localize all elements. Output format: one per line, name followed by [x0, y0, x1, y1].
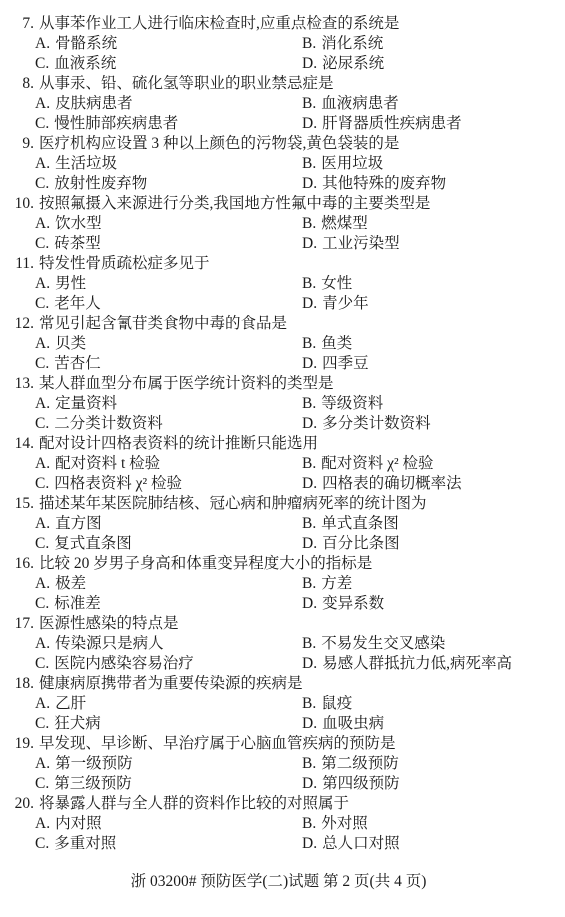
question-block: 16. 比较 20 岁男子身高和体重变异程度大小的指标是 A.极差 B.方差 C… — [0, 554, 557, 614]
question-number: 11. — [0, 254, 34, 274]
option-c-label: C. — [35, 115, 49, 132]
option-b-text: 配对资料 χ² 检验 — [321, 455, 433, 472]
question-block: 12. 常见引起含氰苷类食物中毒的食品是 A.贝类 B.鱼类 C.苦杏仁 D.四… — [0, 314, 557, 374]
option-grid: A.定量资料 B.等级资料 C.二分类计数资料 D.多分类计数资料 — [35, 394, 557, 434]
option-d-label: D. — [302, 355, 317, 372]
question-text: 早发现、早诊断、早治疗属于心脑血管疾病的预防是 — [39, 734, 396, 754]
option-b-label: B. — [302, 515, 316, 532]
option-d-label: D. — [302, 835, 317, 852]
option-a: A.定量资料 — [35, 394, 302, 414]
option-d: D.多分类计数资料 — [302, 414, 557, 434]
option-a-label: A. — [35, 575, 50, 592]
option-c-label: C. — [35, 295, 49, 312]
option-d-text: 四季豆 — [322, 355, 369, 372]
option-b-text: 第二级预防 — [321, 755, 399, 772]
option-b-label: B. — [302, 815, 316, 832]
option-a-label: A. — [35, 455, 50, 472]
option-grid: A.配对资料 t 检验 B.配对资料 χ² 检验 C.四格表资料 χ² 检验 D… — [35, 454, 557, 494]
option-a-label: A. — [35, 395, 50, 412]
option-d-text: 多分类计数资料 — [322, 415, 431, 432]
option-d: D.青少年 — [302, 294, 557, 314]
question-block: 18. 健康病原携带者为重要传染源的疾病是 A.乙肝 B.鼠疫 C.狂犬病 D.… — [0, 674, 557, 734]
option-c: C.血液系统 — [35, 54, 302, 74]
option-d-text: 肝肾器质性疾病患者 — [322, 115, 462, 132]
option-a: A.饮水型 — [35, 214, 302, 234]
question-number: 7. — [0, 14, 34, 34]
option-b: B.女性 — [302, 274, 557, 294]
option-a-label: A. — [35, 695, 50, 712]
option-b: B.血液病患者 — [302, 94, 557, 114]
option-b-text: 燃煤型 — [321, 215, 368, 232]
option-d: D.易感人群抵抗力低,病死率高 — [302, 654, 557, 674]
option-a-text: 传染源只是病人 — [55, 635, 164, 652]
option-a-label: A. — [35, 215, 50, 232]
question-text: 描述某年某医院肺结核、冠心病和肿瘤病死率的统计图为 — [39, 494, 427, 514]
option-d-label: D. — [302, 175, 317, 192]
option-d-text: 青少年 — [322, 295, 369, 312]
option-grid: A.极差 B.方差 C.标准差 D.变异系数 — [35, 574, 557, 614]
question-line: 12. 常见引起含氰苷类食物中毒的食品是 — [0, 314, 557, 334]
option-d-label: D. — [302, 115, 317, 132]
option-b: B.等级资料 — [302, 394, 557, 414]
option-c-label: C. — [35, 835, 49, 852]
question-block: 7. 从事苯作业工人进行临床检查时,应重点检查的系统是 A.骨骼系统 B.消化系… — [0, 14, 557, 74]
option-b-label: B. — [302, 395, 316, 412]
question-line: 9. 医疗机构应设置 3 种以上颜色的污物袋,黄色袋装的是 — [0, 134, 557, 154]
question-block: 19. 早发现、早诊断、早治疗属于心脑血管疾病的预防是 A.第一级预防 B.第二… — [0, 734, 557, 794]
option-c-text: 标准差 — [54, 595, 101, 612]
option-c: C.复式直条图 — [35, 534, 302, 554]
option-grid: A.贝类 B.鱼类 C.苦杏仁 D.四季豆 — [35, 334, 557, 374]
option-b-text: 不易发生交叉感染 — [321, 635, 445, 652]
option-b-text: 医用垃圾 — [321, 155, 383, 172]
option-c: C.医院内感染容易治疗 — [35, 654, 302, 674]
option-a-label: A. — [35, 635, 50, 652]
option-b-label: B. — [302, 215, 316, 232]
option-a-label: A. — [35, 95, 50, 112]
option-a-text: 直方图 — [55, 515, 102, 532]
option-c-text: 慢性肺部疾病患者 — [54, 115, 178, 132]
option-a-label: A. — [35, 515, 50, 532]
question-text: 医源性感染的特点是 — [39, 614, 179, 634]
option-a-text: 生活垃圾 — [55, 155, 117, 172]
option-d-label: D. — [302, 775, 317, 792]
option-b-text: 女性 — [321, 275, 352, 292]
option-a-label: A. — [35, 155, 50, 172]
question-number: 17. — [0, 614, 34, 634]
question-line: 15. 描述某年某医院肺结核、冠心病和肿瘤病死率的统计图为 — [0, 494, 557, 514]
question-number: 14. — [0, 434, 34, 454]
option-grid: A.男性 B.女性 C.老年人 D.青少年 — [35, 274, 557, 314]
option-b-text: 方差 — [321, 575, 352, 592]
option-a: A.直方图 — [35, 514, 302, 534]
option-a: A.传染源只是病人 — [35, 634, 302, 654]
option-c-label: C. — [35, 655, 49, 672]
option-d: D.其他特殊的废弃物 — [302, 174, 557, 194]
option-d-text: 百分比条图 — [322, 535, 400, 552]
option-c: C.苦杏仁 — [35, 354, 302, 374]
option-d-text: 工业污染型 — [322, 235, 400, 252]
option-c-text: 血液系统 — [54, 55, 116, 72]
option-a: A.生活垃圾 — [35, 154, 302, 174]
question-number: 13. — [0, 374, 34, 394]
option-grid: A.饮水型 B.燃煤型 C.砖茶型 D.工业污染型 — [35, 214, 557, 254]
question-line: 14. 配对设计四格表资料的统计推断只能选用 — [0, 434, 557, 454]
option-d: D.四季豆 — [302, 354, 557, 374]
option-c-label: C. — [35, 235, 49, 252]
option-c: C.第三级预防 — [35, 774, 302, 794]
option-a: A.皮肤病患者 — [35, 94, 302, 114]
option-d-text: 总人口对照 — [322, 835, 400, 852]
question-text: 某人群血型分布属于医学统计资料的类型是 — [39, 374, 334, 394]
page-footer: 浙 03200# 预防医学(二)试题 第 2 页(共 4 页) — [0, 872, 557, 892]
option-d-text: 易感人群抵抗力低,病死率高 — [322, 655, 512, 672]
option-c-label: C. — [35, 475, 49, 492]
option-c-label: C. — [35, 595, 49, 612]
question-block: 9. 医疗机构应设置 3 种以上颜色的污物袋,黄色袋装的是 A.生活垃圾 B.医… — [0, 134, 557, 194]
option-d-text: 血吸虫病 — [322, 715, 384, 732]
question-line: 13. 某人群血型分布属于医学统计资料的类型是 — [0, 374, 557, 394]
question-text: 常见引起含氰苷类食物中毒的食品是 — [39, 314, 287, 334]
option-c-text: 狂犬病 — [54, 715, 101, 732]
question-block: 17. 医源性感染的特点是 A.传染源只是病人 B.不易发生交叉感染 C.医院内… — [0, 614, 557, 674]
question-block: 20. 将暴露人群与全人群的资料作比较的对照属于 A.内对照 B.外对照 C.多… — [0, 794, 557, 854]
question-line: 7. 从事苯作业工人进行临床检查时,应重点检查的系统是 — [0, 14, 557, 34]
question-text: 从事苯作业工人进行临床检查时,应重点检查的系统是 — [39, 14, 399, 34]
option-b: B.医用垃圾 — [302, 154, 557, 174]
option-a-text: 配对资料 t 检验 — [55, 455, 160, 472]
option-d-label: D. — [302, 655, 317, 672]
option-b-text: 外对照 — [321, 815, 368, 832]
question-text: 健康病原携带者为重要传染源的疾病是 — [39, 674, 303, 694]
option-c-label: C. — [35, 175, 49, 192]
option-b-text: 鱼类 — [321, 335, 352, 352]
option-d: D.工业污染型 — [302, 234, 557, 254]
question-text: 配对设计四格表资料的统计推断只能选用 — [39, 434, 318, 454]
option-b-label: B. — [302, 275, 316, 292]
option-d-text: 其他特殊的废弃物 — [322, 175, 446, 192]
option-a-text: 第一级预防 — [55, 755, 133, 772]
question-block: 8. 从事汞、铅、硫化氢等职业的职业禁忌症是 A.皮肤病患者 B.血液病患者 C… — [0, 74, 557, 134]
option-d-label: D. — [302, 415, 317, 432]
question-number: 8. — [0, 74, 34, 94]
option-b-text: 等级资料 — [321, 395, 383, 412]
question-number: 15. — [0, 494, 34, 514]
option-b-label: B. — [302, 155, 316, 172]
option-b-label: B. — [302, 635, 316, 652]
question-line: 10. 按照氟摄入来源进行分类,我国地方性氟中毒的主要类型是 — [0, 194, 557, 214]
option-d-text: 四格表的确切概率法 — [322, 475, 462, 492]
option-a-label: A. — [35, 35, 50, 52]
option-a-text: 男性 — [55, 275, 86, 292]
question-line: 17. 医源性感染的特点是 — [0, 614, 557, 634]
option-a: A.第一级预防 — [35, 754, 302, 774]
option-grid: A.第一级预防 B.第二级预防 C.第三级预防 D.第四级预防 — [35, 754, 557, 794]
option-grid: A.乙肝 B.鼠疫 C.狂犬病 D.血吸虫病 — [35, 694, 557, 734]
option-a-label: A. — [35, 275, 50, 292]
question-text: 比较 20 岁男子身高和体重变异程度大小的指标是 — [39, 554, 372, 574]
option-a-text: 极差 — [55, 575, 86, 592]
option-c: C.狂犬病 — [35, 714, 302, 734]
question-number: 16. — [0, 554, 34, 574]
option-d-text: 变异系数 — [322, 595, 384, 612]
option-c: C.四格表资料 χ² 检验 — [35, 474, 302, 494]
option-c: C.砖茶型 — [35, 234, 302, 254]
option-b-text: 单式直条图 — [321, 515, 399, 532]
question-text: 医疗机构应设置 3 种以上颜色的污物袋,黄色袋装的是 — [39, 134, 399, 154]
option-c-label: C. — [35, 415, 49, 432]
option-a-text: 皮肤病患者 — [55, 95, 133, 112]
question-line: 11. 特发性骨质疏松症多见于 — [0, 254, 557, 274]
question-line: 16. 比较 20 岁男子身高和体重变异程度大小的指标是 — [0, 554, 557, 574]
option-b: B.燃煤型 — [302, 214, 557, 234]
option-b-text: 血液病患者 — [321, 95, 399, 112]
option-d-label: D. — [302, 475, 317, 492]
option-b-label: B. — [302, 455, 316, 472]
option-d-text: 泌尿系统 — [322, 55, 384, 72]
option-a-text: 贝类 — [55, 335, 86, 352]
question-block: 11. 特发性骨质疏松症多见于 A.男性 B.女性 C.老年人 D.青少年 — [0, 254, 557, 314]
option-d: D.泌尿系统 — [302, 54, 557, 74]
option-c-text: 二分类计数资料 — [54, 415, 163, 432]
option-a: A.男性 — [35, 274, 302, 294]
question-line: 19. 早发现、早诊断、早治疗属于心脑血管疾病的预防是 — [0, 734, 557, 754]
option-b: B.第二级预防 — [302, 754, 557, 774]
question-number: 12. — [0, 314, 34, 334]
option-grid: A.骨骼系统 B.消化系统 C.血液系统 D.泌尿系统 — [35, 34, 557, 74]
option-b-label: B. — [302, 755, 316, 772]
option-b: B.不易发生交叉感染 — [302, 634, 557, 654]
option-a: A.极差 — [35, 574, 302, 594]
option-a-text: 骨骼系统 — [55, 35, 117, 52]
option-b: B.消化系统 — [302, 34, 557, 54]
question-number: 19. — [0, 734, 34, 754]
option-d-label: D. — [302, 535, 317, 552]
question-line: 20. 将暴露人群与全人群的资料作比较的对照属于 — [0, 794, 557, 814]
option-c: C.老年人 — [35, 294, 302, 314]
option-c: C.多重对照 — [35, 834, 302, 854]
option-c-label: C. — [35, 355, 49, 372]
question-text: 将暴露人群与全人群的资料作比较的对照属于 — [39, 794, 349, 814]
option-a-text: 饮水型 — [55, 215, 102, 232]
question-text: 从事汞、铅、硫化氢等职业的职业禁忌症是 — [39, 74, 334, 94]
option-c: C.二分类计数资料 — [35, 414, 302, 434]
option-c-text: 四格表资料 χ² 检验 — [54, 475, 182, 492]
option-c-text: 医院内感染容易治疗 — [54, 655, 194, 672]
option-c-text: 老年人 — [54, 295, 101, 312]
option-b: B.鱼类 — [302, 334, 557, 354]
question-block: 14. 配对设计四格表资料的统计推断只能选用 A.配对资料 t 检验 B.配对资… — [0, 434, 557, 494]
option-d-label: D. — [302, 55, 317, 72]
option-d-label: D. — [302, 295, 317, 312]
option-a-text: 内对照 — [55, 815, 102, 832]
option-b-text: 鼠疫 — [321, 695, 352, 712]
option-b: B.配对资料 χ² 检验 — [302, 454, 557, 474]
question-block: 13. 某人群血型分布属于医学统计资料的类型是 A.定量资料 B.等级资料 C.… — [0, 374, 557, 434]
question-number: 20. — [0, 794, 34, 814]
option-a-label: A. — [35, 755, 50, 772]
option-c-text: 复式直条图 — [54, 535, 132, 552]
option-d: D.总人口对照 — [302, 834, 557, 854]
option-d: D.四格表的确切概率法 — [302, 474, 557, 494]
option-b: B.单式直条图 — [302, 514, 557, 534]
option-b: B.方差 — [302, 574, 557, 594]
option-c: C.放射性废弃物 — [35, 174, 302, 194]
option-d-label: D. — [302, 715, 317, 732]
option-grid: A.内对照 B.外对照 C.多重对照 D.总人口对照 — [35, 814, 557, 854]
question-line: 8. 从事汞、铅、硫化氢等职业的职业禁忌症是 — [0, 74, 557, 94]
option-a: A.骨骼系统 — [35, 34, 302, 54]
option-a-label: A. — [35, 815, 50, 832]
question-text: 特发性骨质疏松症多见于 — [39, 254, 210, 274]
question-block: 15. 描述某年某医院肺结核、冠心病和肿瘤病死率的统计图为 A.直方图 B.单式… — [0, 494, 557, 554]
option-grid: A.传染源只是病人 B.不易发生交叉感染 C.医院内感染容易治疗 D.易感人群抵… — [35, 634, 557, 674]
option-a-label: A. — [35, 335, 50, 352]
option-grid: A.皮肤病患者 B.血液病患者 C.慢性肺部疾病患者 D.肝肾器质性疾病患者 — [35, 94, 557, 134]
question-number: 10. — [0, 194, 34, 214]
option-d: D.第四级预防 — [302, 774, 557, 794]
option-a-text: 定量资料 — [55, 395, 117, 412]
option-b-label: B. — [302, 335, 316, 352]
question-number: 18. — [0, 674, 34, 694]
question-block: 10. 按照氟摄入来源进行分类,我国地方性氟中毒的主要类型是 A.饮水型 B.燃… — [0, 194, 557, 254]
option-grid: A.直方图 B.单式直条图 C.复式直条图 D.百分比条图 — [35, 514, 557, 554]
option-c-label: C. — [35, 535, 49, 552]
option-c: C.标准差 — [35, 594, 302, 614]
exam-paper-page: 7. 从事苯作业工人进行临床检查时,应重点检查的系统是 A.骨骼系统 B.消化系… — [0, 0, 565, 917]
option-d-text: 第四级预防 — [322, 775, 400, 792]
option-b-text: 消化系统 — [321, 35, 383, 52]
question-line: 18. 健康病原携带者为重要传染源的疾病是 — [0, 674, 557, 694]
option-d-label: D. — [302, 235, 317, 252]
option-d: D.变异系数 — [302, 594, 557, 614]
option-b-label: B. — [302, 695, 316, 712]
option-c-text: 砖茶型 — [54, 235, 101, 252]
option-c-label: C. — [35, 715, 49, 732]
option-b: B.外对照 — [302, 814, 557, 834]
option-b-label: B. — [302, 95, 316, 112]
question-list: 7. 从事苯作业工人进行临床检查时,应重点检查的系统是 A.骨骼系统 B.消化系… — [0, 14, 557, 854]
option-c-text: 多重对照 — [54, 835, 116, 852]
option-a: A.配对资料 t 检验 — [35, 454, 302, 474]
option-c-text: 放射性废弃物 — [54, 175, 147, 192]
option-c-text: 苦杏仁 — [54, 355, 101, 372]
option-grid: A.生活垃圾 B.医用垃圾 C.放射性废弃物 D.其他特殊的废弃物 — [35, 154, 557, 194]
question-text: 按照氟摄入来源进行分类,我国地方性氟中毒的主要类型是 — [39, 194, 430, 214]
option-c-label: C. — [35, 55, 49, 72]
option-b-label: B. — [302, 35, 316, 52]
option-a: A.内对照 — [35, 814, 302, 834]
option-b: B.鼠疫 — [302, 694, 557, 714]
option-c: C.慢性肺部疾病患者 — [35, 114, 302, 134]
option-c-label: C. — [35, 775, 49, 792]
option-a: A.乙肝 — [35, 694, 302, 714]
option-a-text: 乙肝 — [55, 695, 86, 712]
option-d-label: D. — [302, 595, 317, 612]
option-b-label: B. — [302, 575, 316, 592]
option-d: D.百分比条图 — [302, 534, 557, 554]
option-d: D.血吸虫病 — [302, 714, 557, 734]
option-c-text: 第三级预防 — [54, 775, 132, 792]
option-d: D.肝肾器质性疾病患者 — [302, 114, 557, 134]
question-number: 9. — [0, 134, 34, 154]
option-a: A.贝类 — [35, 334, 302, 354]
